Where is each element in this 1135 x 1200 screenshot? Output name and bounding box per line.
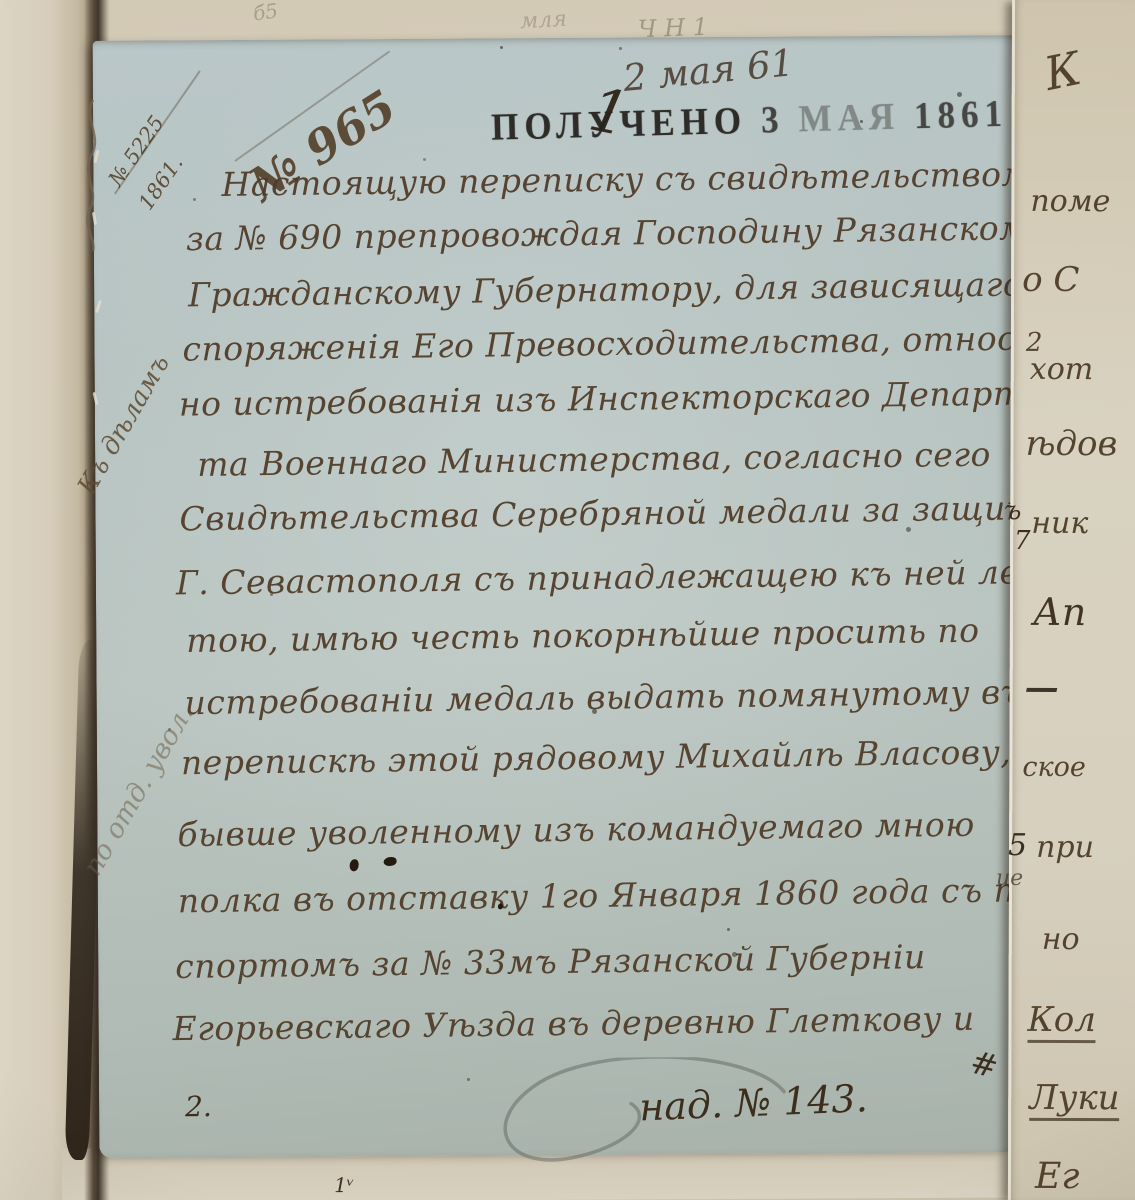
manuscript-line: споряженія Его Превосходительства, относ… <box>182 317 1135 369</box>
received-stamp: ПОЛУЧЕНО3МАЯ1861 <box>491 92 1009 149</box>
neighbor-page: К поме о С 2 хот ѣдов ник Ап — ское при … <box>1008 0 1135 1200</box>
neighbor-line-fragment: К <box>1040 41 1086 101</box>
manuscript-line: Егорьевскаго Уѣзда въ деревню Глеткову и <box>172 999 974 1048</box>
manuscript-line: перепискѣ этой рядовому Михайлѣ Власову, <box>181 732 1012 782</box>
stamp-month: МАЯ <box>798 95 901 141</box>
manuscript-line: но истребованія изъ Инспекторскаго Депар… <box>179 372 1127 423</box>
sheet-number: 2. <box>185 1090 212 1123</box>
manuscript-page: № 5225 1861. № 965 1 2 мая 61 ПОЛУЧЕНО3М… <box>93 35 1026 1158</box>
neighbor-line-fragment: поме <box>1030 184 1110 219</box>
neighbor-line-fragment: Кол <box>1027 1000 1096 1043</box>
edge-mark: ъ <box>1004 496 1021 526</box>
neighbor-line-fragment: ник <box>1031 506 1088 541</box>
neighbor-line-fragment: ское <box>1022 752 1086 783</box>
underlying-sheet-mark: 1ᵛ <box>334 1173 354 1197</box>
neighbor-line-fragment: — <box>1025 668 1059 708</box>
neighbor-line-fragment: о С <box>1022 260 1079 300</box>
pencil-flourish <box>419 1056 820 1198</box>
manuscript-line: Гражданскому Губернатору, для зависящаго… <box>188 264 1088 315</box>
stamp-year: 1861 <box>914 92 1009 138</box>
manuscript-line: тою, имѣю честь покорнѣйше просить по <box>186 611 980 660</box>
edge-mark: ие <box>996 866 1023 891</box>
top-edge-fragment: б5 <box>251 0 279 26</box>
neighbor-line-fragment: Ап <box>1033 590 1086 634</box>
binding-thread <box>80 98 110 253</box>
handwritten-date-note: 2 мая 61 <box>621 41 796 100</box>
neighbor-line-fragment: ѣдов <box>1025 424 1117 464</box>
neighbor-line-fragment: при <box>1036 830 1094 865</box>
top-edge-fragment: мля <box>519 7 567 34</box>
filing-hash-mark: # <box>966 1043 1002 1087</box>
manuscript-line: бывше уволенному изъ командуемаго мною <box>177 805 975 854</box>
manuscript-line: истребованіи медаль выдать помянутому въ <box>184 672 1023 722</box>
paper-speckles <box>500 46 503 49</box>
manuscript-line: Г. Севастополя съ принадлежащею къ ней л… <box>176 552 1054 602</box>
stamp-day: 3 <box>760 98 785 142</box>
neighbor-line-fragment: Ег <box>1035 1156 1080 1197</box>
edge-mark: 5 <box>1008 828 1027 863</box>
manuscript-line: за № 690 препровождая Господину Рязанско… <box>186 208 1047 258</box>
stamp-word: ПОЛУЧЕНО <box>491 99 748 149</box>
manuscript-line: Свидѣтельства Серебряной медали за защит… <box>179 488 1057 538</box>
edge-mark: 7 <box>1014 526 1031 556</box>
ink-blot <box>350 859 359 871</box>
neighbor-line-fragment: хот <box>1030 352 1094 387</box>
manuscript-line: спортомъ за № 33мъ Рязанской Губерніи <box>175 937 926 986</box>
neighbor-line-fragment: Луки <box>1029 1078 1119 1121</box>
ink-blot <box>384 857 397 866</box>
manuscript-line: та Военнаго Министерства, согласно сего <box>197 435 991 484</box>
archival-document-photo: б5 мля Ч Н 1 1ᵛ № 5225 1861. № 965 1 2 м… <box>0 0 1135 1200</box>
neighbor-line-fragment: но <box>1042 922 1080 957</box>
manuscript-line: полка въ отставку 1го Января 1860 года с… <box>178 870 1048 920</box>
